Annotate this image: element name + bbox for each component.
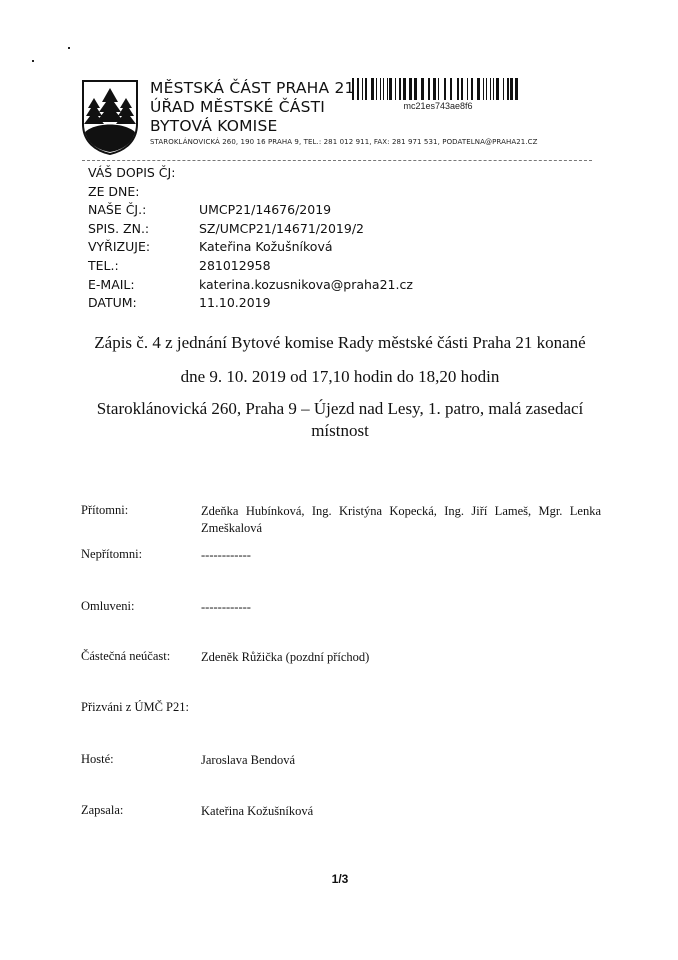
minutes-title-line2: dne 9. 10. 2019 od 17,10 hodin do 18,20 … — [70, 367, 610, 387]
office-name: ÚŘAD MĚSTSKÉ ČÁSTI — [150, 98, 325, 116]
attendance-label: Přítomni: — [81, 503, 128, 518]
contact-address: STAROKLÁNOVICKÁ 260, 190 16 PRAHA 9, TEL… — [150, 138, 538, 146]
meeting-location: Staroklánovická 260, Praha 9 – Újezd nad… — [70, 398, 610, 442]
attendance-value: Zdeňka Hubínková, Ing. Kristýna Kopecká,… — [201, 503, 601, 537]
metadata-value: katerina.kozusnikova@praha21.cz — [199, 276, 413, 295]
barcode — [352, 78, 524, 100]
metadata-value: 11.10.2019 — [199, 294, 271, 313]
metadata-label: VYŘIZUJE: — [88, 238, 150, 257]
attendance-label: Nepřítomni: — [81, 547, 142, 562]
attendance-label: Hosté: — [81, 752, 114, 767]
scan-speck — [32, 60, 34, 62]
organization-name: MĚSTSKÁ ČÁST PRAHA 21 — [150, 79, 355, 97]
metadata-label: ZE DNE: — [88, 183, 140, 202]
metadata-value: UMCP21/14676/2019 — [199, 201, 331, 220]
header-divider — [82, 160, 592, 161]
attendance-value: ------------ — [201, 547, 601, 564]
coat-of-arms-trees-icon — [80, 78, 140, 156]
barcode-id: mc21es743ae8f6 — [352, 101, 524, 111]
attendance-value: Zdeněk Růžička (pozdní příchod) — [201, 649, 601, 666]
attendance-label: Částečná neúčast: — [81, 649, 170, 664]
attendance-value: Jaroslava Bendová — [201, 752, 601, 769]
metadata-label: NAŠE ČJ.: — [88, 201, 146, 220]
attendance-label: Přizváni z ÚMČ P21: — [81, 700, 189, 715]
attendance-label: Zapsala: — [81, 803, 123, 818]
attendance-value: Kateřina Kožušníková — [201, 803, 601, 820]
metadata-label: E-MAIL: — [88, 276, 135, 295]
metadata-label: SPIS. ZN.: — [88, 220, 149, 239]
metadata-label: VÁŠ DOPIS ČJ: — [88, 164, 175, 183]
page-number: 1/3 — [300, 872, 380, 886]
metadata-value: Kateřina Kožušníková — [199, 238, 333, 257]
metadata-label: DATUM: — [88, 294, 137, 313]
attendance-label: Omluveni: — [81, 599, 134, 614]
metadata-value: 281012958 — [199, 257, 271, 276]
scan-speck — [68, 47, 70, 49]
department-name: BYTOVÁ KOMISE — [150, 117, 278, 135]
minutes-title-line1: Zápis č. 4 z jednání Bytové komise Rady … — [70, 333, 610, 353]
metadata-label: TEL.: — [88, 257, 119, 276]
attendance-value: ------------ — [201, 599, 601, 616]
metadata-value: SZ/UMCP21/14671/2019/2 — [199, 220, 364, 239]
